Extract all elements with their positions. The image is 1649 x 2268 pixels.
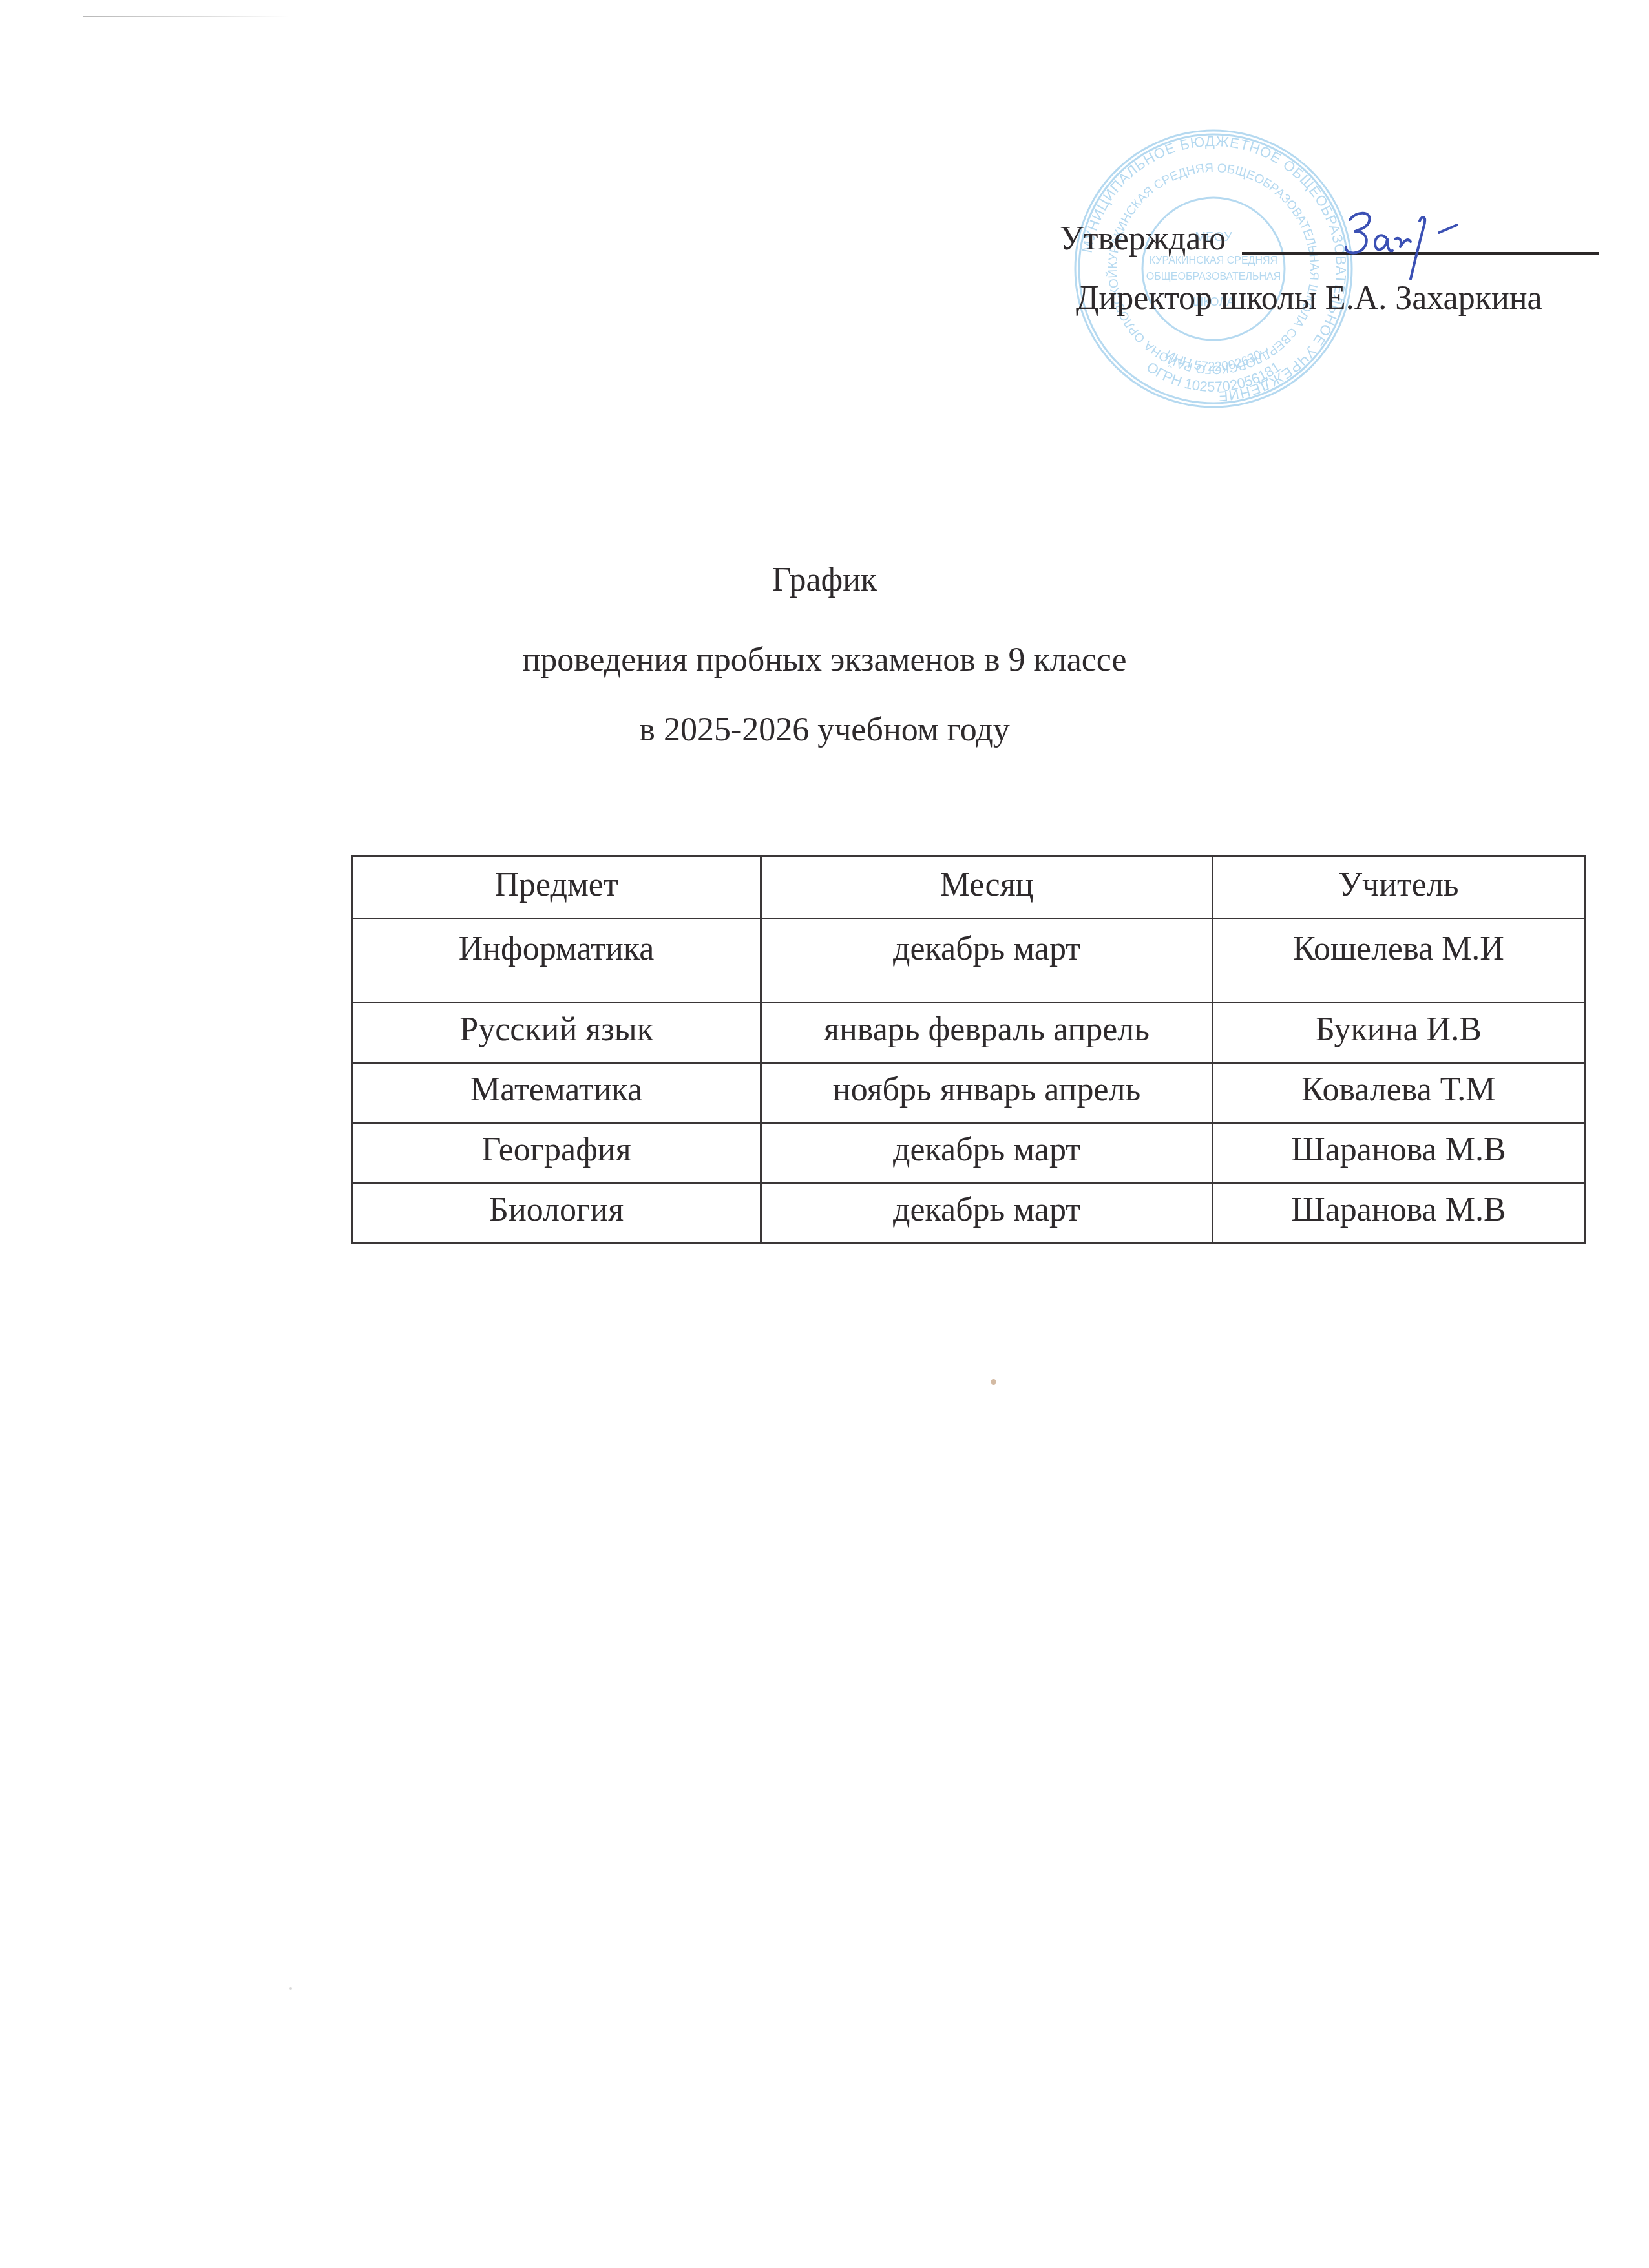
exam-schedule-table: Предмет Месяц Учитель Информатика декабр… [351,855,1586,1244]
approve-label: Утверждаю [1060,220,1226,258]
director-signature [1341,202,1489,286]
svg-text:ИНН 5722002630: ИНН 5722002630 [1162,348,1264,374]
header-month: Месяц [761,856,1213,919]
cell-months: декабрь март [761,1123,1213,1183]
cell-months: декабрь март [761,1183,1213,1243]
scan-edge-artifact [83,16,289,17]
cell-months: январь февраль апрель [761,1003,1213,1063]
academic-year: в 2025-2026 учебном году [0,711,1649,749]
table-row: Математика ноябрь январь апрель Ковалева… [352,1063,1585,1123]
stamp-seal-icon: МУНИЦИПАЛЬНОЕ БЮДЖЕТНОЕ ОБЩЕОБРАЗОВАТЕЛЬ… [1073,128,1354,410]
cell-teacher: Ковалева Т.М [1212,1063,1584,1123]
cell-subject: Биология [352,1183,761,1243]
cell-subject: Русский язык [352,1003,761,1063]
document-subtitle: проведения пробных экзаменов в 9 классе [0,641,1649,679]
header-subject: Предмет [352,856,761,919]
header-teacher: Учитель [1212,856,1584,919]
cell-teacher: Шаранова М.В [1212,1123,1584,1183]
cell-subject: Математика [352,1063,761,1123]
handwritten-signature-icon [1341,202,1489,286]
cell-teacher: Букина И.В [1212,1003,1584,1063]
cell-teacher: Шаранова М.В [1212,1183,1584,1243]
cell-teacher: Кошелева М.И [1212,919,1584,1003]
director-name: Директор школы Е.А. Захаркина [1076,279,1542,317]
table-header-row: Предмет Месяц Учитель [352,856,1585,919]
cell-months: декабрь март [761,919,1213,1003]
cell-months: ноябрь январь апрель [761,1063,1213,1123]
scan-speck [289,1987,292,1990]
table-row: Русский язык январь февраль апрель Букин… [352,1003,1585,1063]
table-row: Информатика декабрь март Кошелева М.И [352,919,1585,1003]
scan-speck [991,1379,996,1385]
school-stamp: МУНИЦИПАЛЬНОЕ БЮДЖЕТНОЕ ОБЩЕОБРАЗОВАТЕЛЬ… [1073,128,1354,410]
table-row: География декабрь март Шаранова М.В [352,1123,1585,1183]
table-row: Биология декабрь март Шаранова М.В [352,1183,1585,1243]
document-title: График [0,561,1649,599]
cell-subject: География [352,1123,761,1183]
cell-subject: Информатика [352,919,761,1003]
